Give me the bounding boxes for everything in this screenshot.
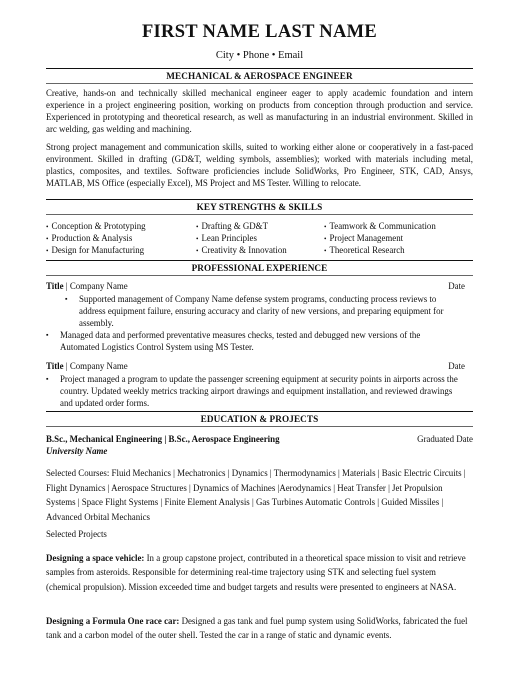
job-date: Date [448,360,465,372]
skill-item: Theoretical Research [324,245,436,257]
project-1: Designing a space vehicle: In a group ca… [46,551,473,594]
candidate-name: FIRST NAME LAST NAME [46,22,473,43]
skill-item: Teamwork & Communication [324,221,436,233]
job-1-bullet-2: Managed data and performed preventative … [60,329,460,353]
job-title: Title [46,281,64,291]
project-name: Designing a Formula One race car: [46,616,179,626]
selected-courses: Selected Courses: Fluid Mechanics | Mech… [46,466,473,524]
degree-row: B.Sc., Mechanical Engineering | B.Sc., A… [46,433,473,445]
university-name: University Name [46,445,473,457]
job-1-bullet-1: Supported management of Company Name def… [79,293,459,329]
summary-paragraph-2: Strong project management and communicat… [46,141,473,189]
job-date: Date [448,280,465,292]
skill-item: Creativity & Innovation [196,245,287,257]
contact-line: City • Phone • Email [46,50,473,61]
skill-item: Lean Principles [196,233,287,245]
job-title: Title [46,361,64,371]
skills-column-1: Conception & Prototyping Production & An… [46,221,146,258]
skill-item: Project Management [324,233,436,245]
skill-item: Design for Manufacturing [46,245,146,257]
skill-item: Drafting & GD&T [196,221,287,233]
skill-item: Conception & Prototyping [46,221,146,233]
skill-item: Production & Analysis [46,233,146,245]
summary-paragraph-1: Creative, hands-on and technically skill… [46,87,473,135]
project-name: Designing a space vehicle: [46,553,144,563]
project-2: Designing a Formula One race car: Design… [46,614,473,643]
job-2-header: Title | Company Name Date [46,360,473,372]
graduation-date: Graduated Date [417,433,473,445]
skills-column-2: Drafting & GD&T Lean Principles Creativi… [196,221,287,258]
section-header-education: EDUCATION & PROJECTS [46,411,473,427]
company-name: Company Name [70,361,128,371]
skills-column-3: Teamwork & Communication Project Managem… [324,221,436,258]
section-header-experience: PROFESSIONAL EXPERIENCE [46,260,473,276]
degrees: B.Sc., Mechanical Engineering | B.Sc., A… [46,434,280,444]
section-header-title: MECHANICAL & AEROSPACE ENGINEER [46,68,473,84]
company-name: Company Name [70,281,128,291]
job-2-bullet-1: Project managed a program to update the … [60,373,460,409]
job-1-header: Title | Company Name Date [46,280,473,292]
section-header-skills: KEY STRENGTHS & SKILLS [46,199,473,215]
selected-projects-label: Selected Projects [46,528,473,540]
